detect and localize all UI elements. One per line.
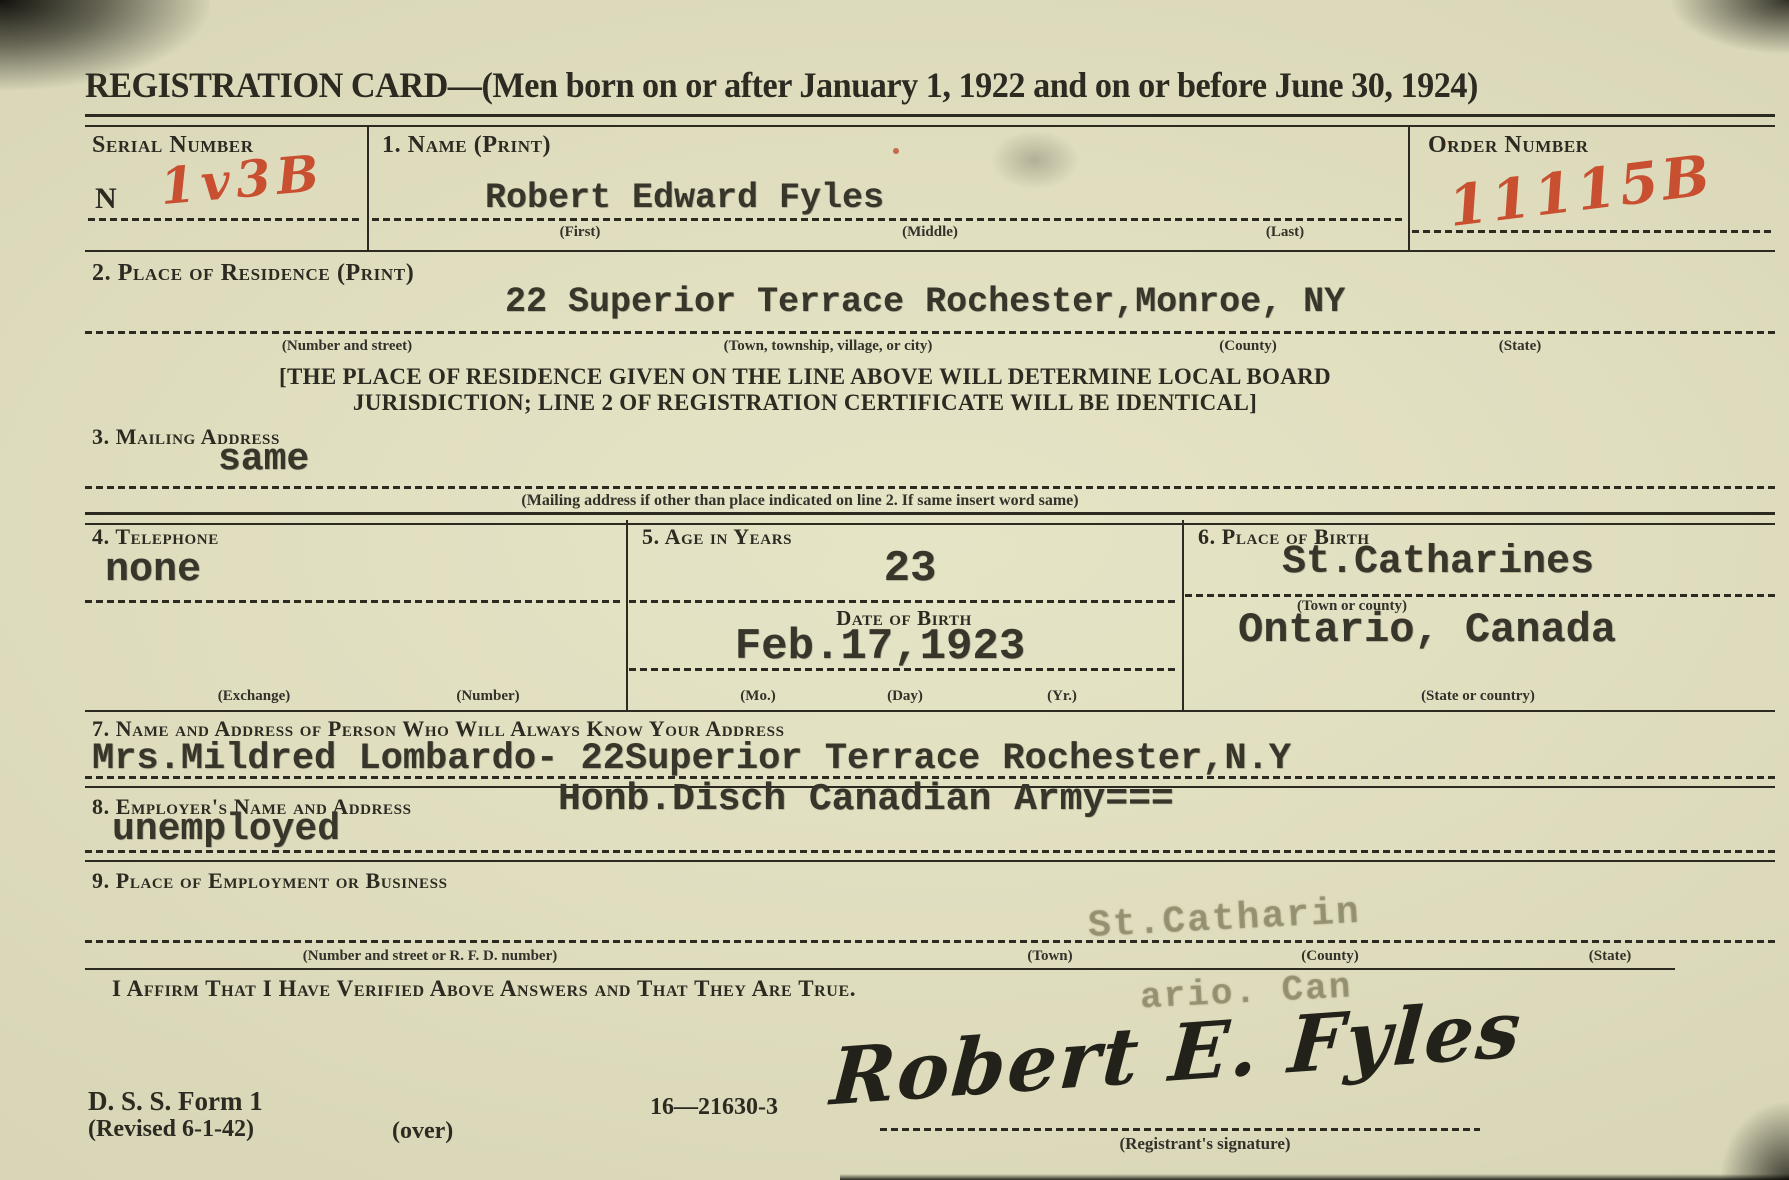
name-sublabel-last: (Last) <box>1266 224 1304 241</box>
employment-label: 9. Place of Employment or Business <box>92 868 448 894</box>
employer-value-below: unemployed <box>112 808 340 851</box>
dob-line <box>629 668 1179 671</box>
red-speck <box>893 148 899 154</box>
birth-state-sublabel: (State or country) <box>1421 688 1535 705</box>
birth-state-value: Ontario, Canada <box>1238 606 1616 654</box>
dob-value: Feb.17,1923 <box>735 622 1025 672</box>
mailing-bottom-rule <box>85 512 1775 525</box>
scan-corner-bottom-right <box>1719 1100 1789 1180</box>
employer-line <box>85 850 1775 853</box>
print-code: 16—21630-3 <box>650 1094 778 1121</box>
employment-bottom-rule <box>85 968 1675 970</box>
telephone-sublabel-exchange: (Exchange) <box>218 688 291 705</box>
contact-value: Mrs.Mildred Lombardo- 22Superior Terrace… <box>92 738 1291 780</box>
residence-label: 2. Place of Residence (Print) <box>92 260 414 287</box>
employment-sublabel-county: (County) <box>1301 948 1359 965</box>
dob-sublabel-yr: (Yr.) <box>1047 688 1077 705</box>
name-label: 1. Name (Print) <box>382 132 551 159</box>
serial-prefix: N <box>95 182 117 216</box>
telephone-value: none <box>105 548 201 593</box>
card-title: REGISTRATION CARD—(Men born on or after … <box>85 64 1491 106</box>
employment-sublabel-town: (Town) <box>1027 948 1072 965</box>
telephone-line <box>85 600 623 603</box>
employer-value: Honb.Disch Canadian Army=== <box>558 778 1174 821</box>
employment-line <box>85 940 1775 943</box>
mailing-value: same <box>218 438 309 481</box>
smudge <box>990 130 1080 190</box>
age-value: 23 <box>884 544 937 594</box>
name-line <box>372 218 1404 221</box>
employment-sublabel-street: (Number and street or R. F. D. number) <box>303 948 557 965</box>
name-sublabel-middle: (Middle) <box>902 224 958 241</box>
residence-sublabel-county: (County) <box>1219 338 1277 355</box>
order-number-label: Order Number <box>1428 132 1589 159</box>
birth-town-value: St.Catharines <box>1282 540 1594 585</box>
mailing-line <box>85 486 1775 489</box>
order-line <box>1412 230 1772 233</box>
divider-serial-name <box>367 126 369 250</box>
affirmation-text: I Affirm That I Have Verified Above Answ… <box>112 976 856 1002</box>
serial-line <box>88 218 360 221</box>
residence-value: 22 Superior Terrace Rochester,Monroe, NY <box>505 282 1345 322</box>
residence-sublabel-town: (Town, township, village, or city) <box>724 338 933 355</box>
jurisdiction-notice: [THE PLACE OF RESIDENCE GIVEN ON THE LIN… <box>85 364 1525 416</box>
registration-card: REGISTRATION CARD—(Men born on or after … <box>0 0 1789 1180</box>
name-sublabel-first: (First) <box>560 224 601 241</box>
divider-tel-age <box>626 520 628 710</box>
signature-sublabel: (Registrant's signature) <box>1119 1134 1290 1154</box>
divider-name-order <box>1408 126 1410 250</box>
residence-line <box>85 331 1775 334</box>
row456-bottom-rule <box>85 710 1775 712</box>
form-number: D. S. S. Form 1 <box>88 1086 263 1117</box>
title-rule <box>85 114 1775 127</box>
jurisdiction-notice-line1: [THE PLACE OF RESIDENCE GIVEN ON THE LIN… <box>85 364 1525 390</box>
name-value: Robert Edward Fyles <box>485 178 884 218</box>
residence-sublabel-street: (Number and street) <box>282 338 412 355</box>
employer-bottom-rule <box>85 860 1775 862</box>
mailing-sublabel: (Mailing address if other than place ind… <box>521 492 1078 510</box>
row1-bottom-rule <box>85 250 1775 252</box>
scan-edge-bottom <box>840 1174 1789 1180</box>
employment-sublabel-state: (State) <box>1589 948 1631 965</box>
form-revision: (Revised 6-1-42) <box>88 1116 254 1143</box>
dob-sublabel-mo: (Mo.) <box>740 688 775 705</box>
jurisdiction-notice-line2: JURISDICTION; LINE 2 OF REGISTRATION CER… <box>85 390 1525 416</box>
birth-town-line <box>1185 594 1775 597</box>
divider-age-birth <box>1182 520 1184 710</box>
age-line <box>629 600 1179 603</box>
dob-sublabel-day: (Day) <box>887 688 923 705</box>
telephone-sublabel-number: (Number) <box>456 688 519 705</box>
scan-corner-top-right <box>1669 0 1789 55</box>
telephone-label: 4. Telephone <box>92 524 219 550</box>
residence-sublabel-state: (State) <box>1499 338 1541 355</box>
over-note: (over) <box>392 1118 453 1145</box>
age-label: 5. Age in Years <box>642 524 792 550</box>
signature-line <box>880 1128 1480 1131</box>
